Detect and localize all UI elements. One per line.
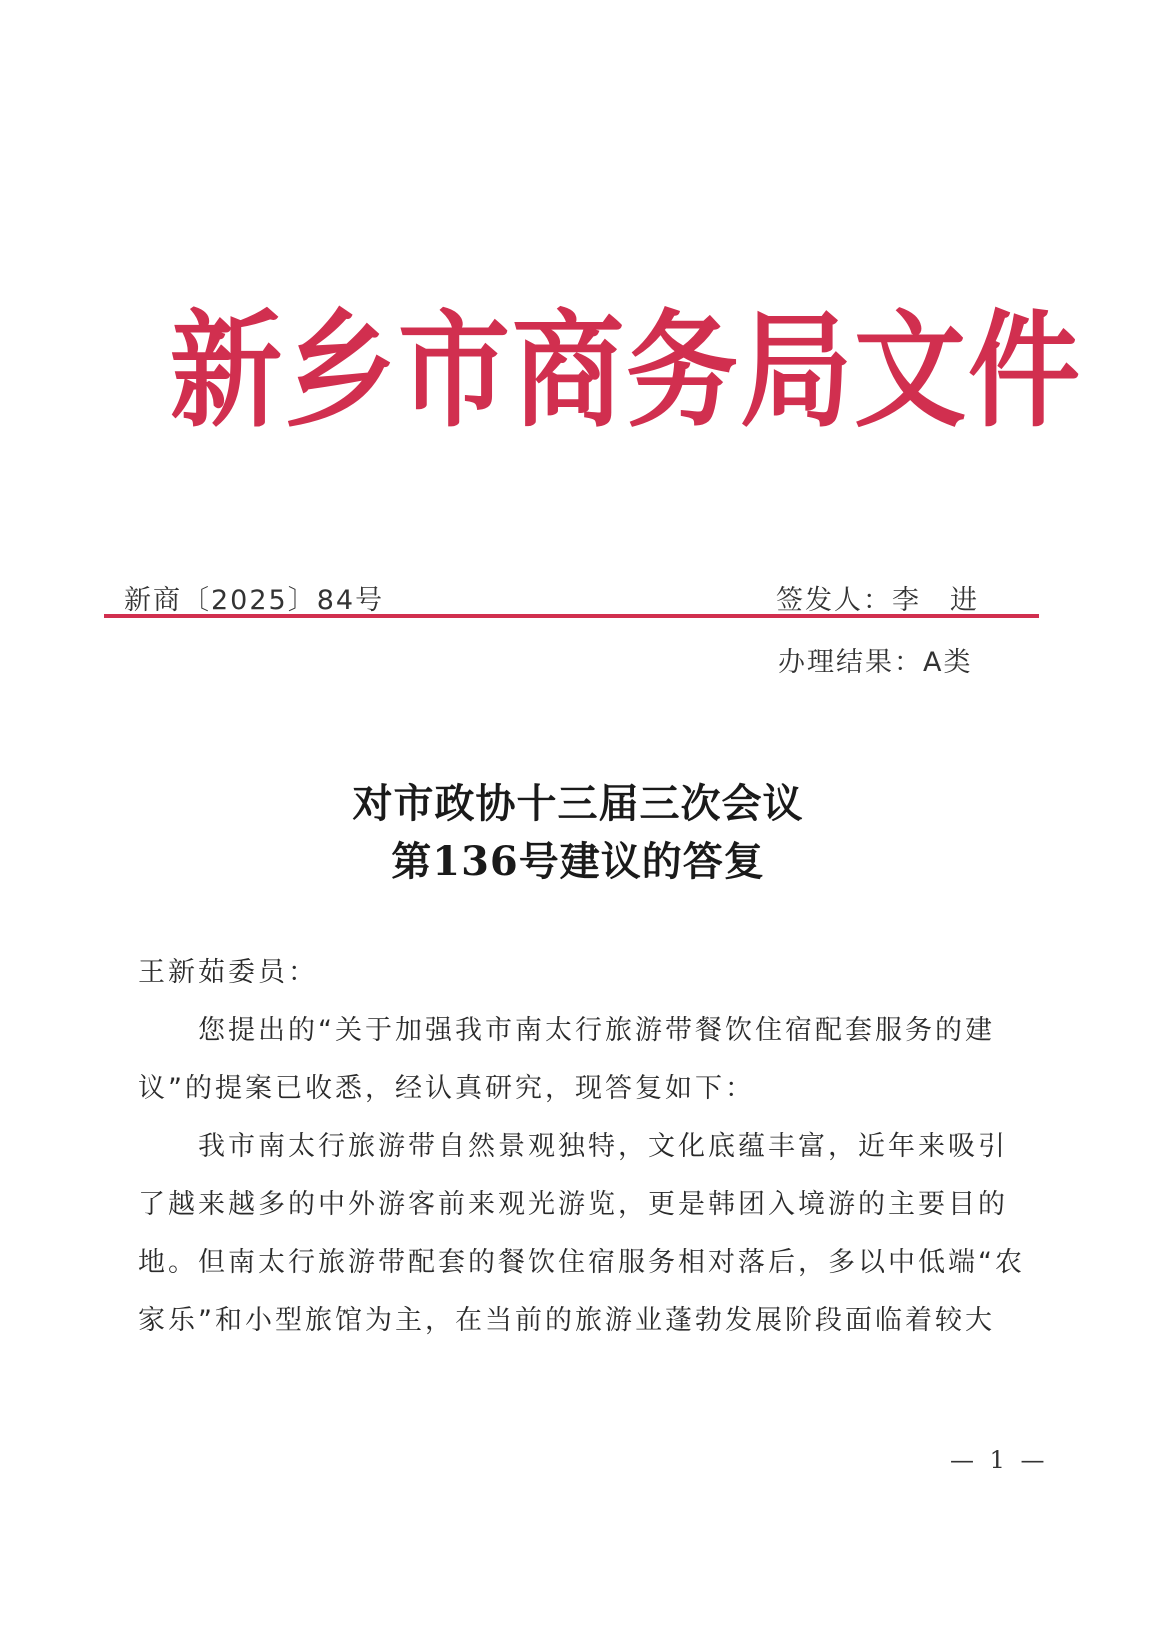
issuer-title: 新乡市商务局文件: [170, 288, 970, 456]
signer: 签发人：李 进: [776, 578, 979, 617]
handling-result: 办理结果：A类: [778, 640, 972, 679]
subject-line-1: 对市政协十三届三次会议: [0, 772, 1156, 829]
subject-line-2: 第136号建议的答复: [0, 830, 1156, 887]
body-line: 议”的提案已收悉，经认真研究，现答复如下：: [138, 1066, 1058, 1105]
body-line: 我市南太行旅游带自然景观独特，文化底蕴丰富，近年来吸引: [138, 1124, 1058, 1163]
body-line: 家乐”和小型旅馆为主，在当前的旅游业蓬勃发展阶段面临着较大: [138, 1298, 1058, 1337]
body-line: 地。但南太行旅游带配套的餐饮住宿服务相对落后，多以中低端“农: [138, 1240, 1058, 1279]
document-number: 新商〔2025〕84号: [124, 578, 384, 617]
body-line: 了越来越多的中外游客前来观光游览，更是韩团入境游的主要目的: [138, 1182, 1058, 1221]
document-page: 新乡市商务局文件 新商〔2025〕84号 签发人：李 进 办理结果：A类 对市政…: [0, 0, 1156, 1648]
red-divider-line: [104, 614, 1039, 618]
page-number: — 1 —: [950, 1446, 1049, 1474]
body-line: 您提出的“关于加强我市南太行旅游带餐饮住宿配套服务的建: [138, 1008, 1058, 1047]
salutation: 王新茹委员：: [138, 950, 1058, 989]
